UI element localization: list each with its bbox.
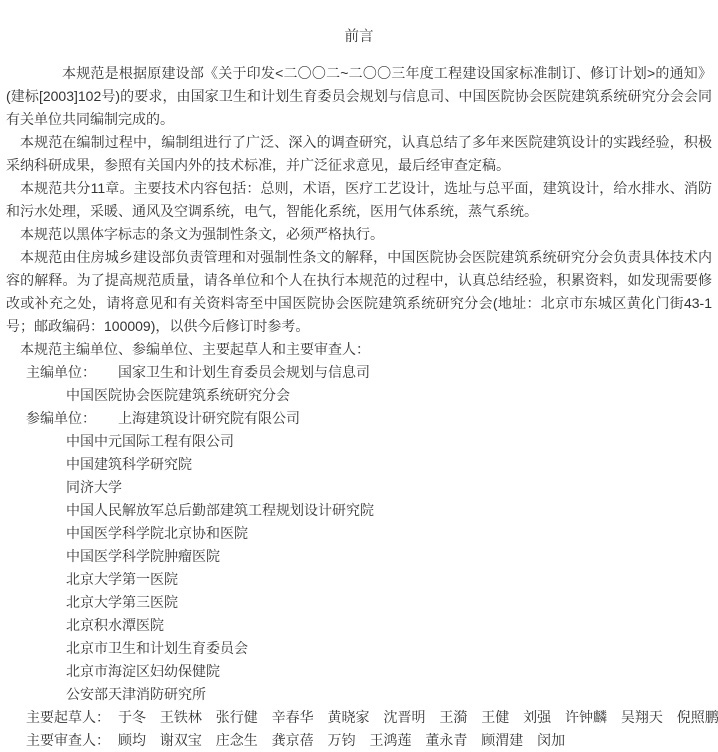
paragraph-basis: 本规范是根据原建设部《关于印发<二〇〇二~二〇〇三年度工程建设国家标准制订、修订… [6,62,712,131]
participant-unit: 北京积水潭医院 [6,614,712,637]
drafters-names: 于冬 王铁林 张行健 辛春华 黄晓家 沈晋明 王漪 王健 刘强 许钟麟 吴翔天 … [118,706,718,729]
participant-unit: 中国中元国际工程有限公司 [6,430,712,453]
paragraph-mandatory-provisions: 本规范以黑体字标志的条文为强制性条文，必须严格执行。 [6,223,712,246]
page-title: 前言 [6,26,712,49]
drafters-label: 主要起草人： [26,706,118,729]
participant-unit: 同济大学 [6,476,712,499]
chief-editor-row: 主编单位： 国家卫生和计划生育委员会规划与信息司 [6,361,712,384]
reviewers-row: 主要审查人： 顾均 谢双宝 庄念生 龚京蓓 万钧 王鸿莲 董永青 顾渭建 闵加 [6,729,712,752]
participant-unit: 公安部天津消防研究所 [6,683,712,706]
participant-unit: 北京大学第一医院 [6,568,712,591]
chief-editor-unit: 国家卫生和计划生育委员会规划与信息司 [118,361,712,384]
chief-editor-unit: 中国医院协会医院建筑系统研究分会 [6,384,712,407]
paragraph-contents: 本规范共分11章。主要技术内容包括：总则，术语，医疗工艺设计，选址与总平面，建筑… [6,177,712,223]
reviewers-label: 主要审查人： [26,729,118,752]
participant-unit: 上海建筑设计研究院有限公司 [118,407,712,430]
participant-unit: 北京市卫生和计划生育委员会 [6,637,712,660]
participants-label: 参编单位： [26,407,118,430]
chief-editor-label: 主编单位： [26,361,118,384]
paragraph-drafting-process: 本规范在编制过程中，编制组进行了广泛、深入的调查研究，认真总结了多年来医院建筑设… [6,131,712,177]
document-page: 前言 本规范是根据原建设部《关于印发<二〇〇二~二〇〇三年度工程建设国家标准制订… [0,0,718,752]
participant-unit: 中国医学科学院肿瘤医院 [6,545,712,568]
participant-unit: 中国医学科学院北京协和医院 [6,522,712,545]
participant-unit: 中国建筑科学研究院 [6,453,712,476]
participant-unit: 北京大学第三医院 [6,591,712,614]
participant-row: 参编单位： 上海建筑设计研究院有限公司 [6,407,712,430]
drafters-row: 主要起草人： 于冬 王铁林 张行健 辛春华 黄晓家 沈晋明 王漪 王健 刘强 许… [6,706,712,729]
reviewers-names: 顾均 谢双宝 庄念生 龚京蓓 万钧 王鸿莲 董永青 顾渭建 闵加 [118,729,712,752]
credits-intro: 本规范主编单位、参编单位、主要起草人和主要审查人： [6,338,712,361]
paragraph-interpretation: 本规范由住房城乡建设部负责管理和对强制性条文的解释，中国医院协会医院建筑系统研究… [6,246,712,338]
participant-unit: 北京市海淀区妇幼保健院 [6,660,712,683]
participant-unit: 中国人民解放军总后勤部建筑工程规划设计研究院 [6,499,712,522]
